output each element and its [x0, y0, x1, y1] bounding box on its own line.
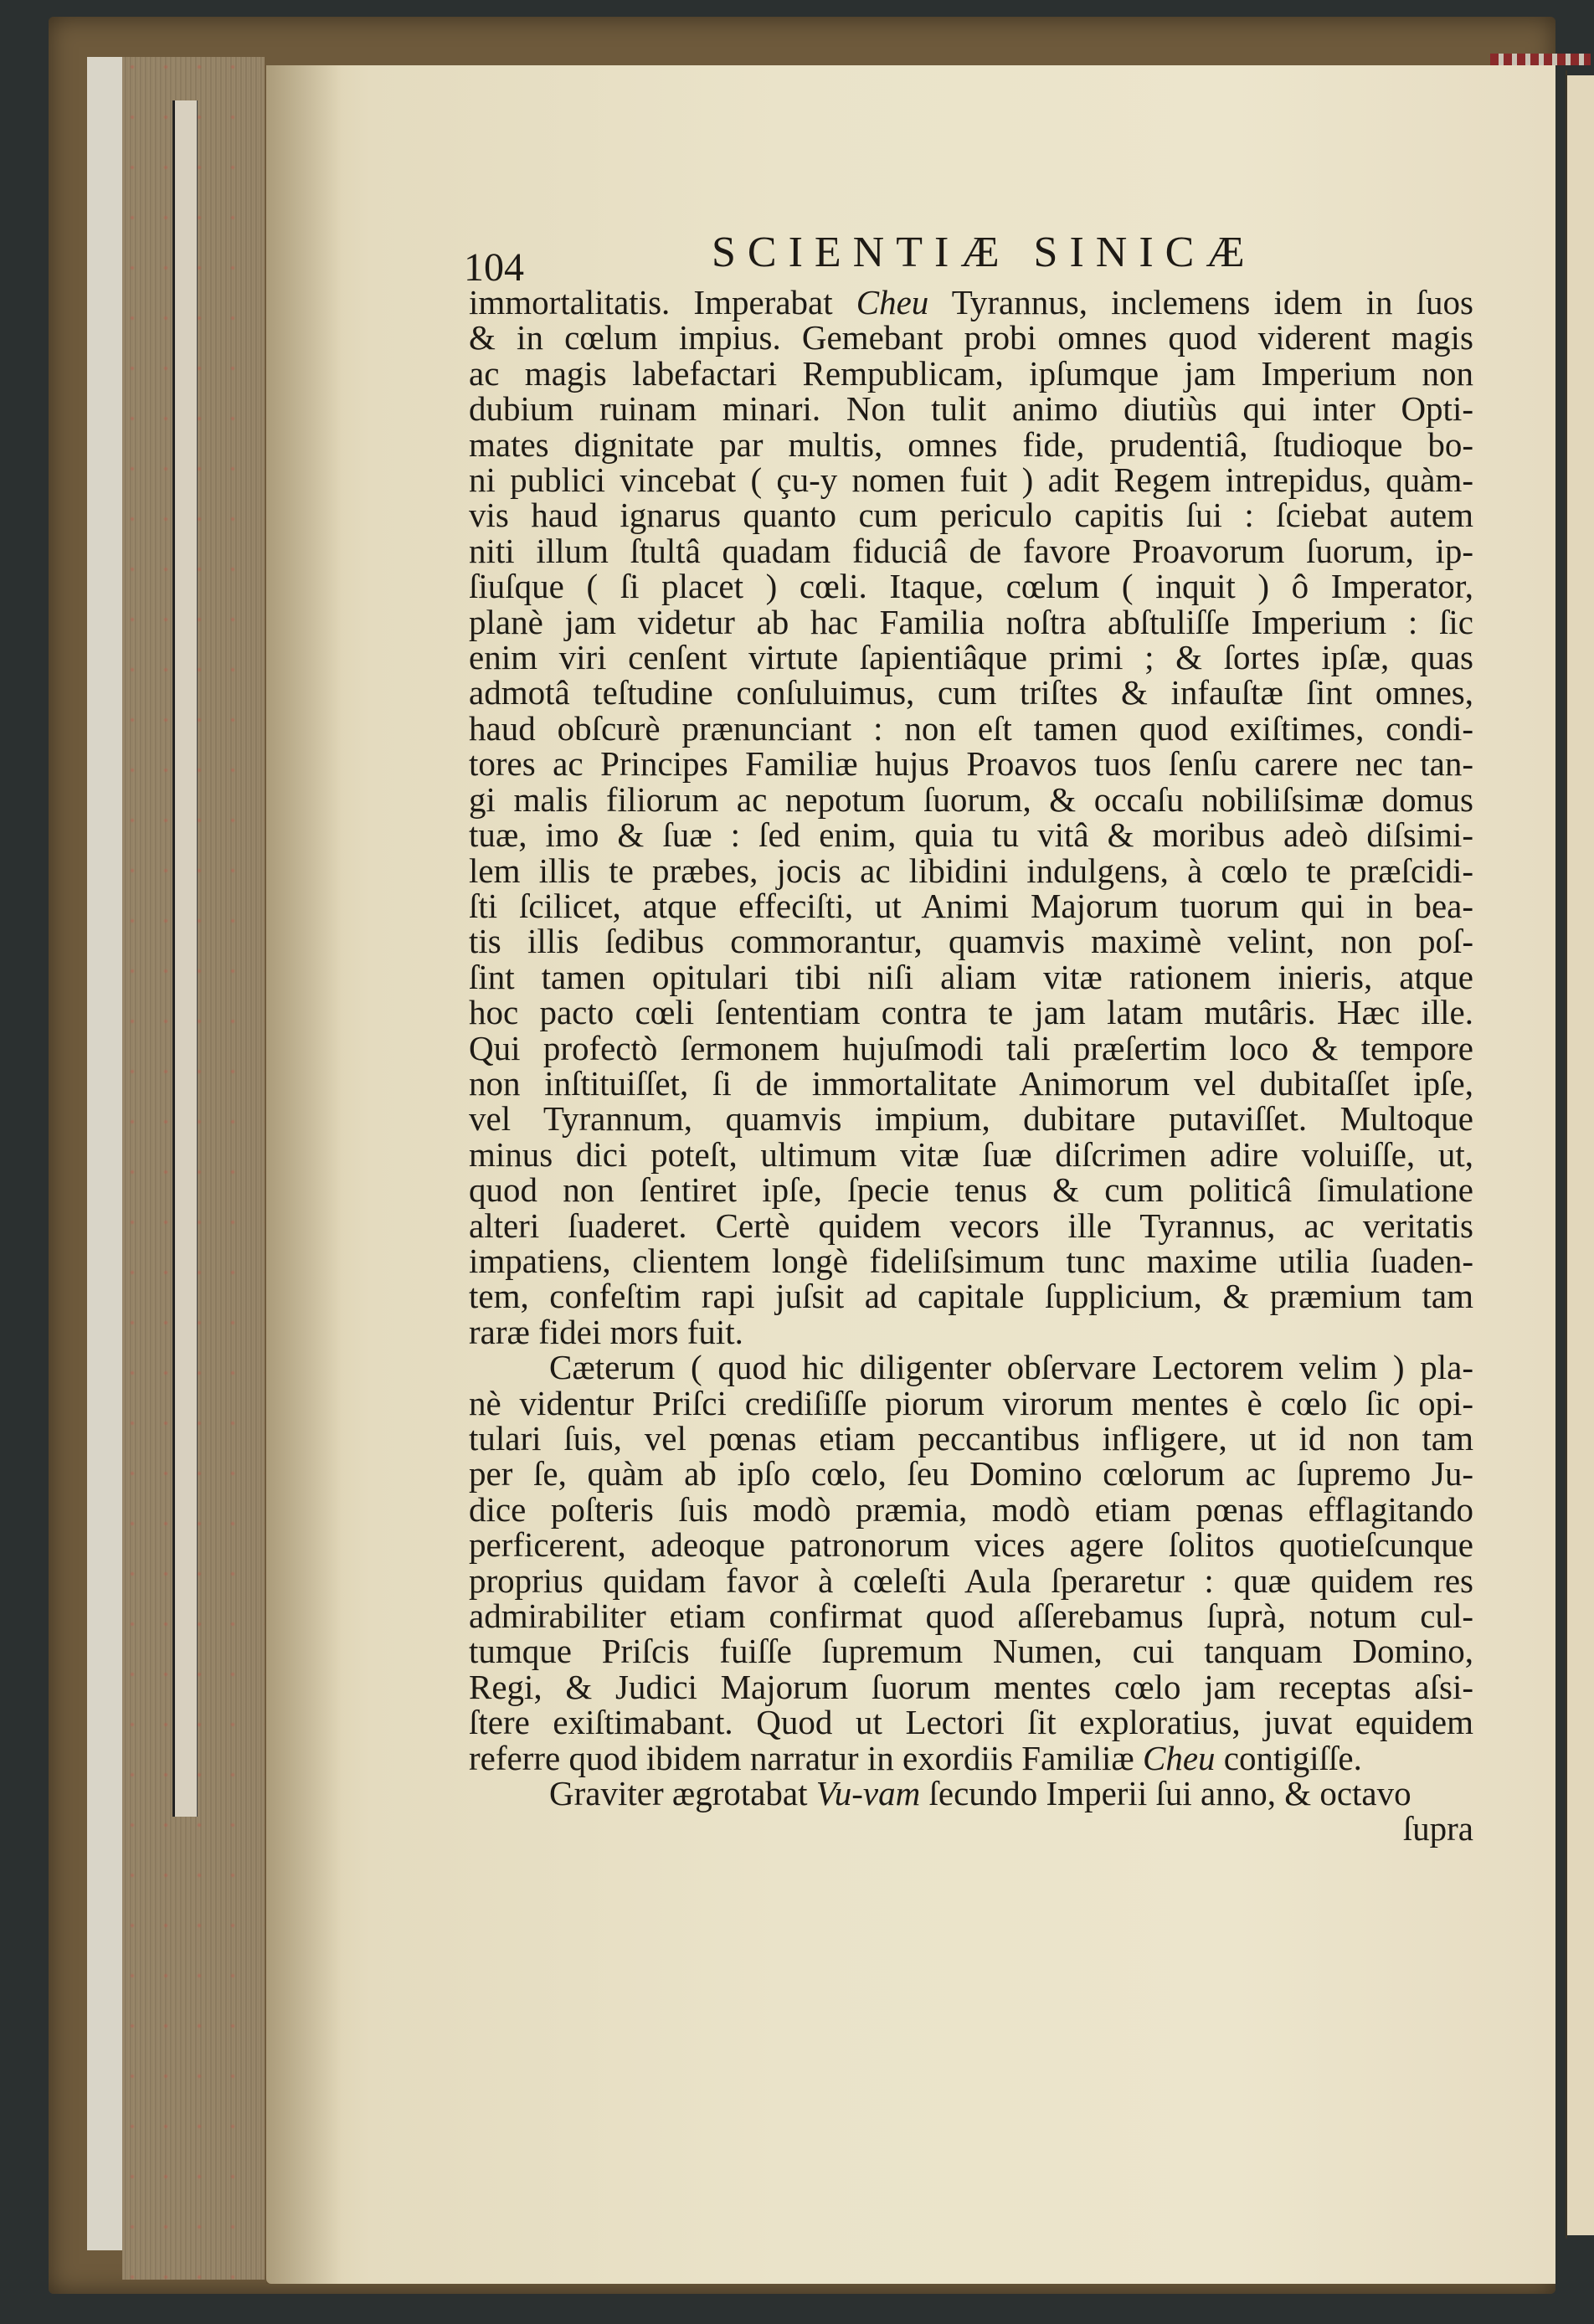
text-line: Regi, & Judici Majorum ſuorum mentes cœl… [469, 1669, 1473, 1704]
text-line: enim viri cenſent virtute ſapientiâque p… [469, 640, 1473, 675]
catchword: ſupra [469, 1811, 1473, 1846]
text-line: tuæ, imo & ſuæ : ſed enim, quia tu vitâ … [469, 817, 1473, 852]
text-line: proprius quidam favor à cœleſti Aula ſpe… [469, 1563, 1473, 1598]
text-line: tis illis ſedibus commorantur, quamvis m… [469, 923, 1473, 959]
text-line: dice poſteris ſuis modò præmia, modò eti… [469, 1492, 1473, 1527]
text-line: hoc pacto cœli ſententiam contra te jam … [469, 995, 1473, 1030]
text-line: minus dici poteſt, ultimum vitæ ſuæ diſc… [469, 1137, 1473, 1172]
text-line: alteri ſuaderet. Certè quidem vecors ill… [469, 1208, 1473, 1243]
body-text: immortalitatis. Imperabat Cheu Tyrannus,… [469, 285, 1473, 1811]
text-line: Graviter ægrotabat Vu-vam ſecundo Imperi… [469, 1776, 1473, 1811]
text-line: haud obſcurè prænunciant : non eſt tamen… [469, 711, 1473, 746]
text-line: perficerent, adeoque patronorum vices ag… [469, 1527, 1473, 1562]
text-line: impatiens, clientem longè fideliſsimum t… [469, 1243, 1473, 1278]
text-line: mates dignitate par multis, omnes fide, … [469, 427, 1473, 462]
headband [1490, 54, 1591, 65]
text-line: ni publici vincebat ( çu-y nomen fuit ) … [469, 462, 1473, 497]
text-line: ſtere exiſtimabant. Quod ut Lectori ſit … [469, 1704, 1473, 1740]
text-line: ſti ſcilicet, atque effeciſti, ut Animi … [469, 888, 1473, 923]
page-text-block: 104 SCIENTIÆ SINICÆ immortalitatis. Impe… [469, 226, 1473, 1847]
text-line: vis haud ignarus quanto cum periculo cap… [469, 497, 1473, 532]
text-line: raræ fidei mors fuit. [469, 1314, 1473, 1350]
text-line: & in cœlum impius. Gemebant probi omnes … [469, 320, 1473, 355]
text-line: gi malis filiorum ac nepotum ſuorum, & o… [469, 782, 1473, 817]
page-shadow [266, 65, 342, 2284]
endpaper [87, 57, 122, 2250]
text-line: planè jam videtur ab hac Familia noſtra … [469, 604, 1473, 640]
text-line: Cæterum ( quod hic diligenter obſervare … [469, 1350, 1473, 1385]
text-line: ac magis labefactari Rempublicam, ipſumq… [469, 356, 1473, 391]
text-line: vel Tyrannum, quamvis impium, dubitare p… [469, 1101, 1473, 1136]
text-line: tumque Priſcis fuiſſe ſupremum Numen, cu… [469, 1633, 1473, 1668]
text-line: lem illis te præbes, jocis ac libidini i… [469, 853, 1473, 888]
text-line: Qui profectò ſermonem hujuſmodi tali præ… [469, 1031, 1473, 1066]
text-line: tem, confeſtim rapi juſsit ad capitale ſ… [469, 1278, 1473, 1314]
text-line: referre quod ibidem narratur in exordiis… [469, 1740, 1473, 1776]
running-head: SCIENTIÆ SINICÆ [712, 228, 1257, 277]
text-line: tores ac Principes Familiæ hujus Proavos… [469, 746, 1473, 781]
text-line: non inſtituiſſet, ſi de immortalitate An… [469, 1066, 1473, 1101]
text-line: admotâ teſtudine conſuluimus, cum triſte… [469, 675, 1473, 710]
text-line: dubium ruinam minari. Non tulit animo di… [469, 391, 1473, 426]
facing-page-edge [1567, 75, 1594, 2235]
folded-leaf-edge [172, 100, 198, 1817]
text-line: nè videntur Priſci crediſiſſe piorum vir… [469, 1386, 1473, 1421]
text-line: per ſe, quàm ab ipſo cœlo, ſeu Domino cœ… [469, 1456, 1473, 1491]
text-line: ſint tamen opitulari tibi niſi aliam vit… [469, 959, 1473, 995]
text-line: quod non ſentiret ipſe, ſpecie tenus & c… [469, 1172, 1473, 1207]
text-line: niti illum ſtultâ quadam fiduciâ de favo… [469, 533, 1473, 568]
text-line: ſiuſque ( ſi placet ) cœli. Itaque, cœlu… [469, 568, 1473, 604]
page-header: 104 SCIENTIÆ SINICÆ [469, 226, 1473, 285]
text-line: admirabiliter etiam confirmat quod aſſer… [469, 1598, 1473, 1633]
text-line: immortalitatis. Imperabat Cheu Tyrannus,… [469, 285, 1473, 320]
text-line: tulari ſuis, vel pœnas etiam peccantibus… [469, 1421, 1473, 1456]
page-number: 104 [464, 244, 524, 290]
